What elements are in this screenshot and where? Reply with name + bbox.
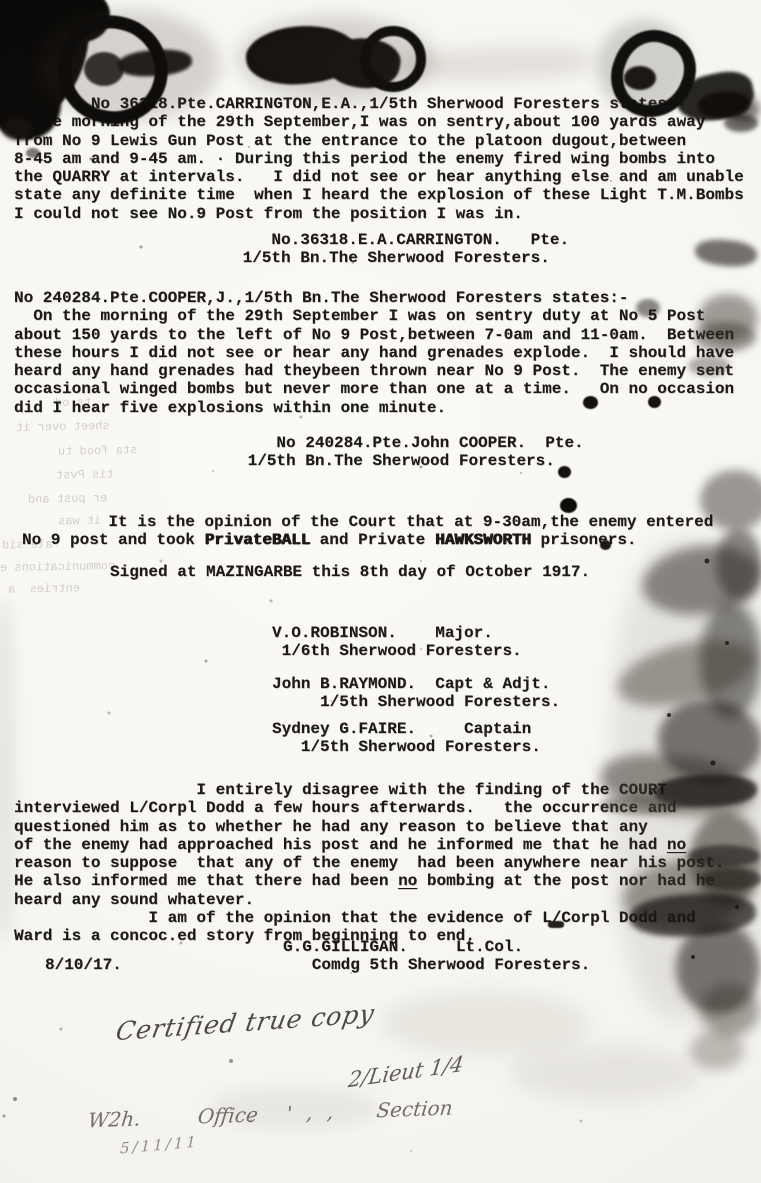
typed-line: No.36318.E.A.CARRINGTON. Pte. [233, 231, 569, 249]
ink-stain [638, 538, 761, 622]
statement-carrington: No 36318.Pte.CARRINGTON,E.A.,1/5th Sherw… [14, 95, 744, 223]
ink-stain [238, 16, 433, 102]
typed-line: I am of the opinion that the evidence of… [14, 909, 725, 927]
officer-faire: Sydney G.FAIRE. Captain 1/5th Sherwood F… [272, 720, 541, 757]
typed-line: G.G.GILLIGAN. Lt.Col. [283, 938, 590, 956]
ink-stain [560, 498, 577, 513]
typed-line: I could not see No.9 Post from the posit… [14, 205, 744, 223]
bleedthrough-fragment: entries a [8, 581, 80, 596]
ink-stain [84, 52, 124, 86]
ink-stain [700, 984, 760, 1036]
ink-stain [612, 540, 761, 1020]
typed-line: of the enemy had approached his post and… [14, 836, 725, 854]
bleedthrough-fragment: sheet over it [16, 419, 110, 435]
ink-stain [700, 602, 761, 718]
typed-line: did I hear five explosions within one mi… [14, 399, 734, 417]
statement-cooper: No 240284.Pte.COOPER,J.,1/5th Bn.The She… [14, 289, 734, 417]
typed-line: He also informed me that there had been … [14, 872, 725, 890]
typed-line: Signed at MAZINGARBE this 8th day of Oct… [110, 563, 590, 581]
typed-line: 1/6th Sherwood Foresters. [272, 642, 522, 660]
typed-line: Sydney G.FAIRE. Captain [272, 720, 541, 738]
typed-line: No 240284.Pte.COOPER,J.,1/5th Bn.The She… [14, 289, 734, 307]
ink-stain [611, 628, 761, 718]
ink-stain [243, 19, 361, 90]
typed-line: No 36318.Pte.CARRINGTON,E.A.,1/5th Sherw… [14, 95, 744, 113]
typed-line: from No 9 Lewis Gun Post at the entrance… [14, 132, 744, 150]
signature-cooper: No 240284.Pte.John COOPER. Pte. 1/5th Bn… [238, 434, 584, 471]
commander-gilligan: G.G.GILLIGAN. Lt.Col. Comdg 5th Sherwood… [283, 938, 590, 975]
typed-line: No 240284.Pte.John COOPER. Pte. [238, 434, 584, 452]
signature-carrington: No.36318.E.A.CARRINGTON. Pte. 1/5th Bn.T… [233, 231, 569, 268]
typed-line: the morning of the 29th September,I was … [14, 113, 744, 131]
typed-line: 1/5th Bn.The Sherwood Foresters. [233, 249, 569, 267]
typed-line: 1/5th Sherwood Foresters. [272, 693, 560, 711]
typed-line: interviewed L/Corpl Dodd a few hours aft… [14, 799, 725, 817]
ink-stain [510, 1046, 700, 1100]
typed-line: On the morning of the 29th September I w… [14, 307, 734, 325]
ink-ring-stain [360, 26, 426, 92]
typed-line: questioned him as to whether he had any … [14, 818, 725, 836]
bleedthrough-fragment: communications e [0, 559, 115, 575]
typed-line: state any definite time when I heard the… [14, 186, 744, 204]
typed-line: 1/5th Bn.The Sherwood Foresters. [238, 452, 584, 470]
signed-at-line: Signed at MAZINGARBE this 8th day of Oct… [110, 563, 590, 581]
dissent-paragraph: I entirely disagree with the finding of … [14, 781, 725, 946]
ink-stain [117, 47, 193, 78]
typed-line: reason to suppose that any of the enemy … [14, 854, 725, 872]
ink-stain [16, 0, 113, 48]
ink-stain [654, 695, 761, 787]
typed-line: heard any hand grenades had theybeen thr… [14, 362, 734, 380]
bleedthrough-fragment: sta food tu [58, 443, 137, 458]
bleedthrough-fragment: er post and [28, 491, 107, 506]
typed-line: No 9 post and took PrivateBALL and Priva… [22, 531, 713, 549]
typed-line: occasional winged bombs but never more t… [14, 380, 734, 398]
typed-line: Comdg 5th Sherwood Foresters. [283, 956, 590, 974]
typed-line: heard any sound whatever. [14, 891, 725, 909]
bleedthrough-fragment: tis Pvst [56, 467, 114, 482]
handwritten-certified-true-copy: Certified true copy [114, 999, 377, 1046]
typed-line: the QUARRY at intervals. I did not see o… [14, 168, 744, 186]
officer-raymond: John B.RAYMOND. Capt & Adjt. 1/5th Sherw… [272, 675, 560, 712]
scanned-document-page: No 36318.Pte.CARRINGTON,E.A.,1/5th Sherw… [0, 0, 761, 1183]
ink-stain [624, 66, 656, 90]
ink-stain [0, 600, 14, 940]
ink-stain [322, 32, 404, 94]
ink-stain [380, 992, 590, 1054]
typed-line: It is the opinion of the Court that at 9… [22, 513, 713, 531]
handwritten-office-line: W2h. Office ' , , Section [87, 1096, 454, 1133]
typed-line: V.O.ROBINSON. Major. [272, 624, 522, 642]
typed-line: I entirely disagree with the finding of … [14, 781, 725, 799]
typed-line: about 150 yards to the left of No 9 Post… [14, 326, 734, 344]
ink-stain [716, 528, 761, 600]
paper-specks [0, 0, 2, 2]
handwritten-date-note: 5/11/11 [120, 1133, 199, 1158]
typed-line: John B.RAYMOND. Capt & Adjt. [272, 675, 560, 693]
officer-robinson: V.O.ROBINSON. Major. 1/6th Sherwood Fore… [272, 624, 522, 661]
ink-stain [395, 45, 596, 84]
typed-line: 1/5th Sherwood Foresters. [272, 738, 541, 756]
ink-stain [694, 237, 758, 268]
typed-line: these hours I did not see or hear any ha… [14, 344, 734, 362]
typed-line: 8-45 am and 9-45 am. · During this perio… [14, 150, 744, 168]
handwritten-signature: 2/Lieut 1/4 [347, 1052, 465, 1093]
date-8-10-17: 8/10/17. [45, 956, 122, 974]
typed-line: 8/10/17. [45, 956, 122, 974]
court-opinion: It is the opinion of the Court that at 9… [22, 513, 713, 550]
ink-stain [690, 1030, 744, 1070]
